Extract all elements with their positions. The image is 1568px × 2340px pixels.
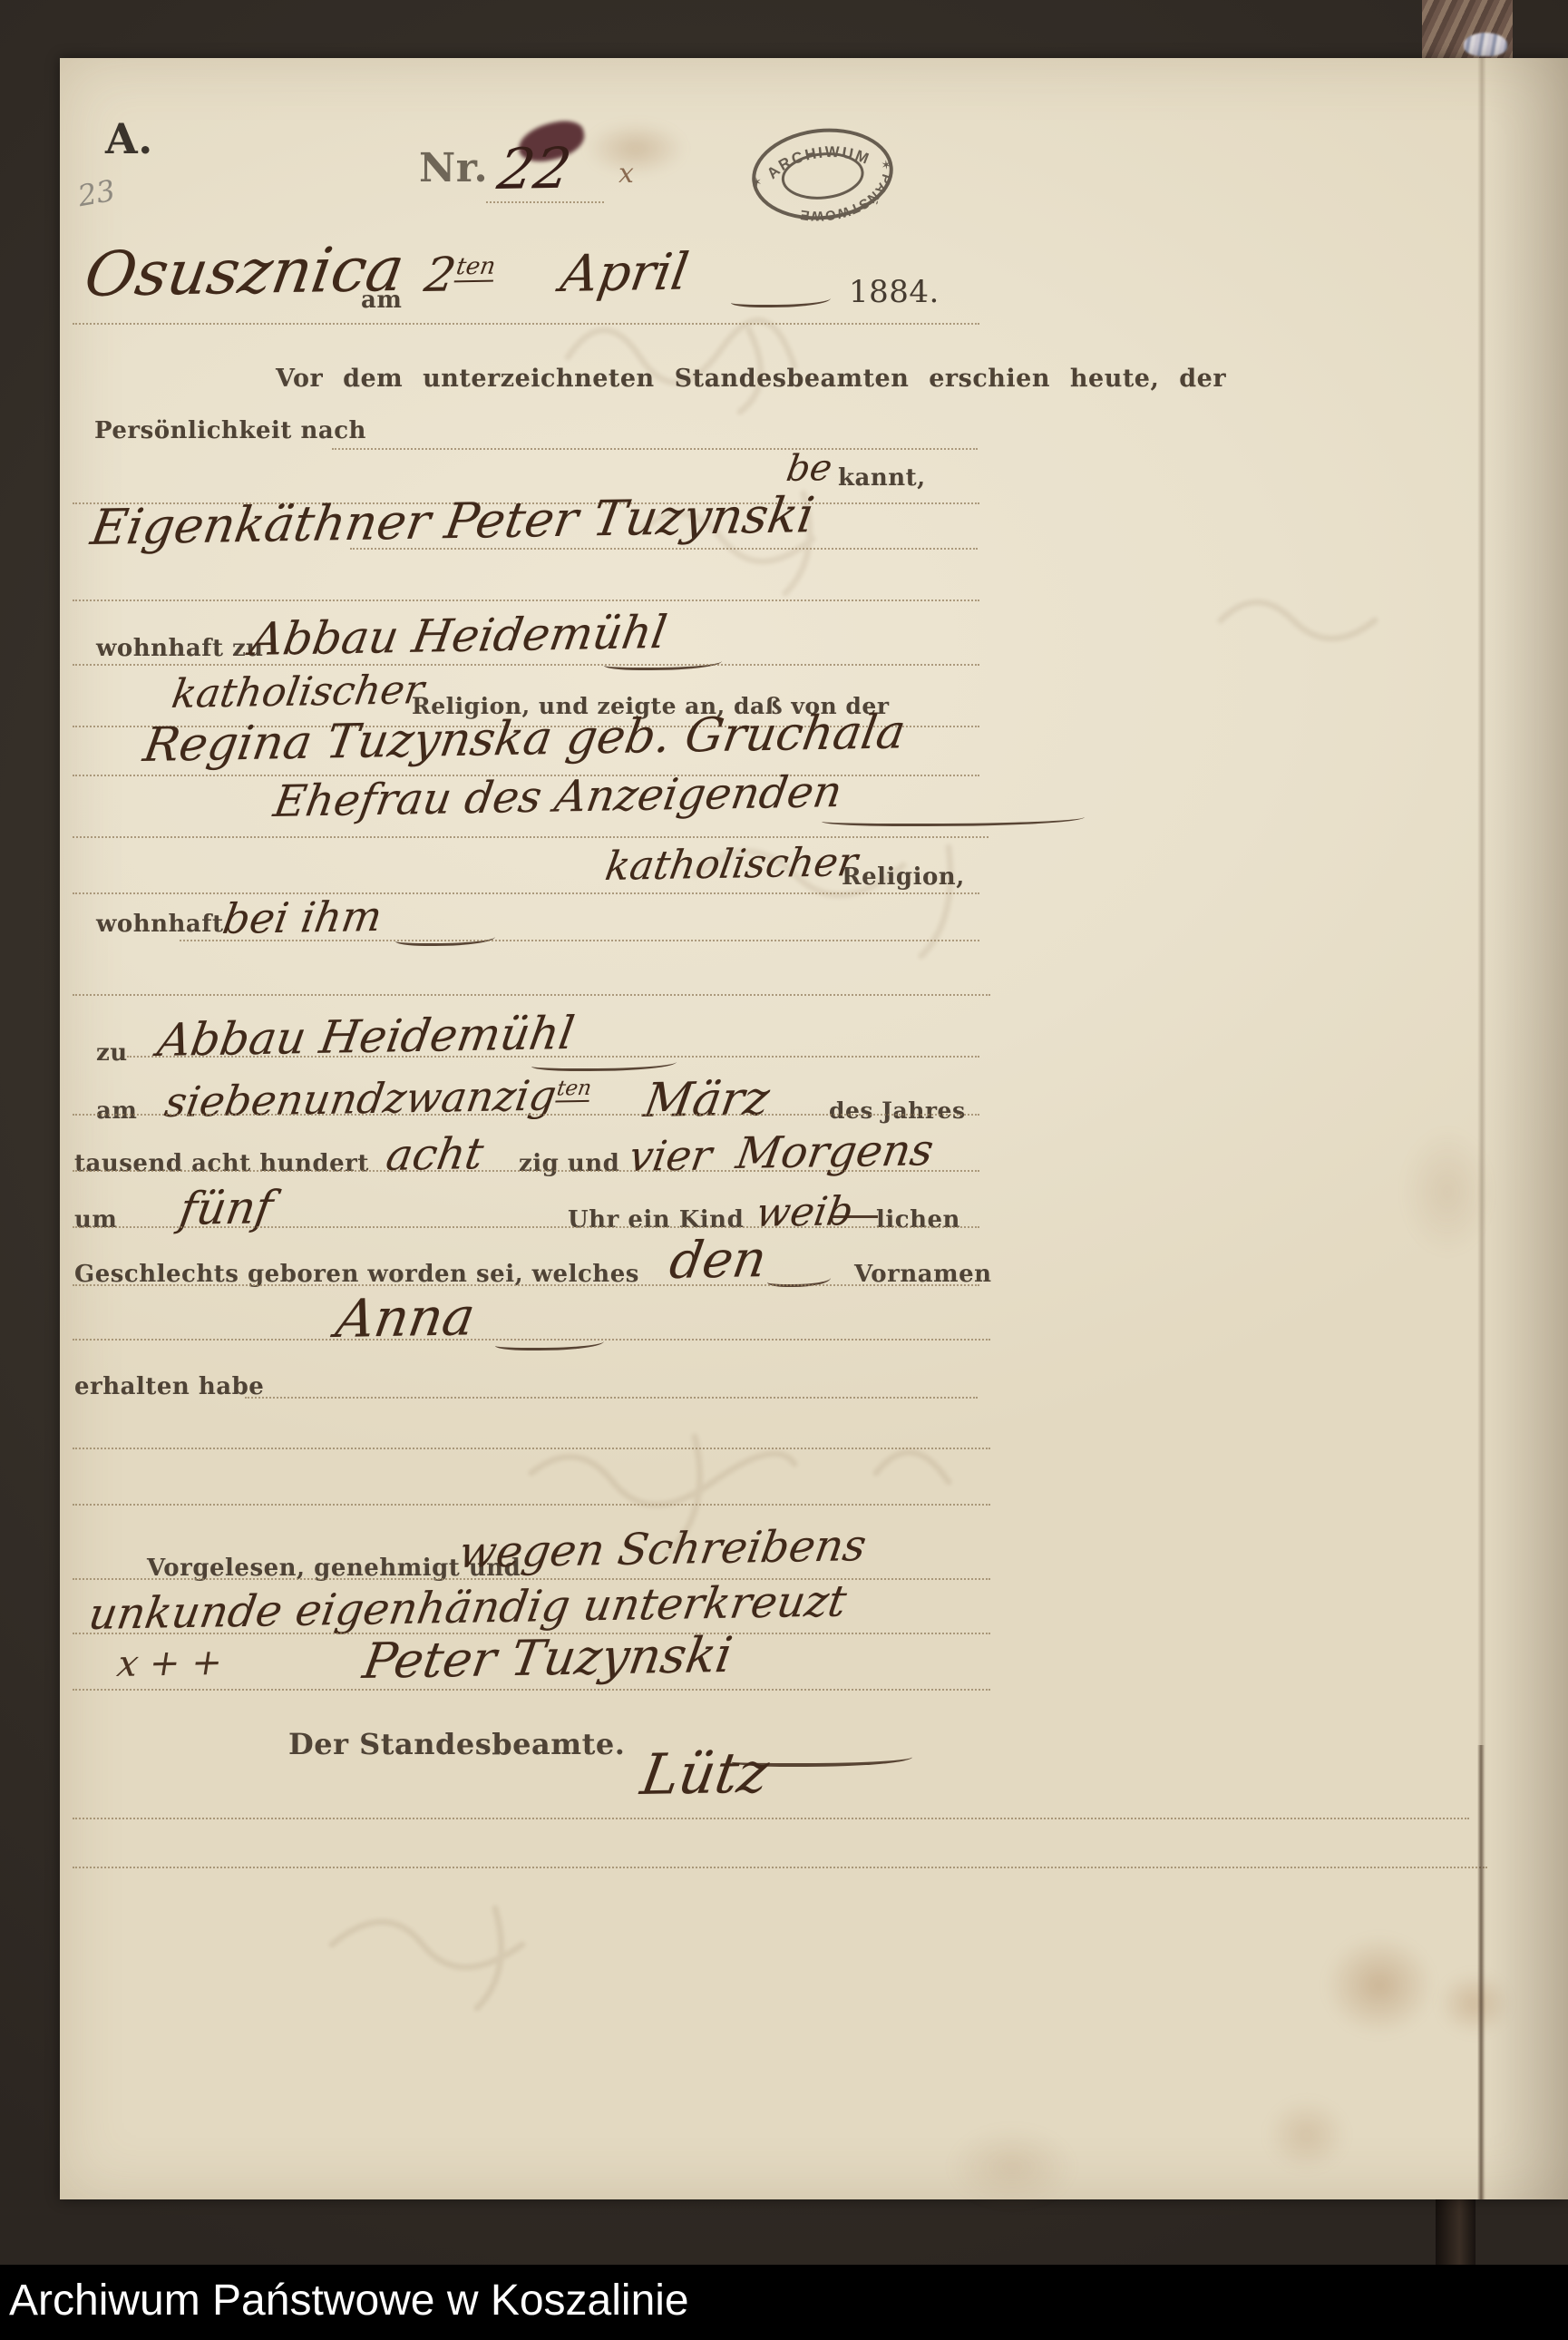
dotted-line <box>73 836 989 838</box>
register-page: A. 23 Nr. 22 x ARCHIWUM PAŃSTWOWE ✶ ✶ Os… <box>60 58 1568 2199</box>
registrar-label: Der Standesbeamte. <box>288 1727 625 1761</box>
gutter-shadow <box>1482 58 1568 2199</box>
wohnhaft-label: wohnhaft <box>96 911 223 938</box>
erhalten-habe-printed: erhalten habe <box>74 1373 264 1400</box>
binding-headband <box>1422 0 1513 58</box>
am2-label: am <box>96 1097 137 1125</box>
sex-handwritten: weib <box>753 1188 856 1236</box>
decade-handwritten: acht <box>383 1128 487 1181</box>
watermark-text: Archiwum Państwowe w Koszalinie <box>9 2276 689 2325</box>
dotted-line <box>350 548 978 550</box>
dotted-line <box>127 1056 979 1058</box>
birth-day-handwritten: siebenundzwanzigten <box>161 1070 594 1126</box>
place-handwritten: Osusznica <box>80 234 409 311</box>
date-day-handwritten: 2ten <box>421 248 498 303</box>
watermark-bar: Archiwum Państwowe w Koszalinie <box>0 2265 1568 2340</box>
form-letter: A. <box>105 114 153 163</box>
dotted-line <box>73 1689 990 1691</box>
birthplace-handwritten: Abbau Heidemühl <box>154 1007 578 1067</box>
archive-stamp: ARCHIWUM PAŃSTWOWE ✶ ✶ <box>740 112 905 236</box>
dotted-line <box>73 1339 990 1341</box>
zu-label: zu <box>96 1039 128 1067</box>
dotted-line <box>73 1114 979 1116</box>
religion2-printed: Religion, <box>842 863 965 891</box>
dotted-line <box>73 892 979 894</box>
um-label: um <box>74 1206 117 1233</box>
dotted-line <box>73 600 979 601</box>
bekannt-printed: kannt, <box>838 464 926 492</box>
mother-role-handwritten: Ehefrau des Anzeigenden <box>270 766 845 827</box>
stamp-star-left-icon: ✶ <box>751 175 763 190</box>
units-handwritten: vier <box>626 1130 716 1181</box>
uhr-ein-kind-printed: Uhr ein Kind <box>568 1206 744 1233</box>
dotted-line <box>73 1867 1487 1868</box>
dotted-line <box>73 1170 979 1172</box>
religion1-handwritten: katholischer <box>169 667 427 717</box>
book-photo: A. 23 Nr. 22 x ARCHIWUM PAŃSTWOWE ✶ ✶ Os… <box>0 0 1568 2340</box>
birth-day: siebenundzwanzig <box>161 1071 560 1126</box>
dotted-line <box>245 1397 978 1399</box>
binding-spine-foot <box>1436 2199 1475 2267</box>
dotted-line <box>486 201 604 203</box>
stamp-star-right-icon: ✶ <box>881 158 892 173</box>
bekannt-handwritten: be <box>784 447 835 490</box>
signature-crosses: x + + <box>114 1642 226 1685</box>
birth-day-suffix: ten <box>555 1077 593 1103</box>
zig-und-printed: zig und <box>519 1150 619 1177</box>
dotted-line <box>73 323 979 325</box>
dotted-line <box>73 664 979 666</box>
dotted-line <box>332 448 978 450</box>
den-handwritten: den <box>666 1230 771 1291</box>
closing-handwritten-1: wegen Schreibens <box>455 1520 870 1578</box>
religion2-handwritten: katholischer <box>602 839 861 890</box>
wohnhaft-value-handwritten: bei ihm <box>219 892 385 943</box>
day-suffix: ten <box>454 252 498 282</box>
date-month-handwritten: April <box>557 243 693 304</box>
dotted-line <box>73 1226 979 1228</box>
birth-month-handwritten: März <box>640 1072 773 1128</box>
dotted-line <box>73 1578 990 1580</box>
wohnhaft-zu-label: wohnhaft zu <box>96 635 264 662</box>
registrar-signature: Lütz <box>637 1740 774 1808</box>
record-number-label: Nr. <box>419 145 488 191</box>
des-jahres-label: des Jahres <box>829 1097 966 1124</box>
year-printed: 1884. <box>849 274 940 310</box>
check-mark: x <box>618 158 634 190</box>
dotted-line <box>73 994 990 996</box>
dotted-line <box>73 1504 990 1506</box>
intro-line-2: Persönlichkeit nach <box>94 417 366 444</box>
declarant-signature: Peter Tuzynski <box>359 1626 736 1690</box>
intro-line-1: Vor dem unterzeichneten Standesbeamten e… <box>276 365 1226 393</box>
dotted-line <box>73 1284 979 1286</box>
connector-stroke <box>833 1215 878 1218</box>
dotted-line <box>73 1448 990 1449</box>
pencil-number: 23 <box>75 173 118 213</box>
lichen-printed: lichen <box>876 1206 960 1233</box>
tausend-printed: tausend acht hundert <box>74 1150 369 1177</box>
am-label: am <box>361 287 402 314</box>
record-number-value: 22 <box>493 135 576 202</box>
dotted-line <box>73 1818 1469 1819</box>
dotted-line <box>180 940 979 941</box>
